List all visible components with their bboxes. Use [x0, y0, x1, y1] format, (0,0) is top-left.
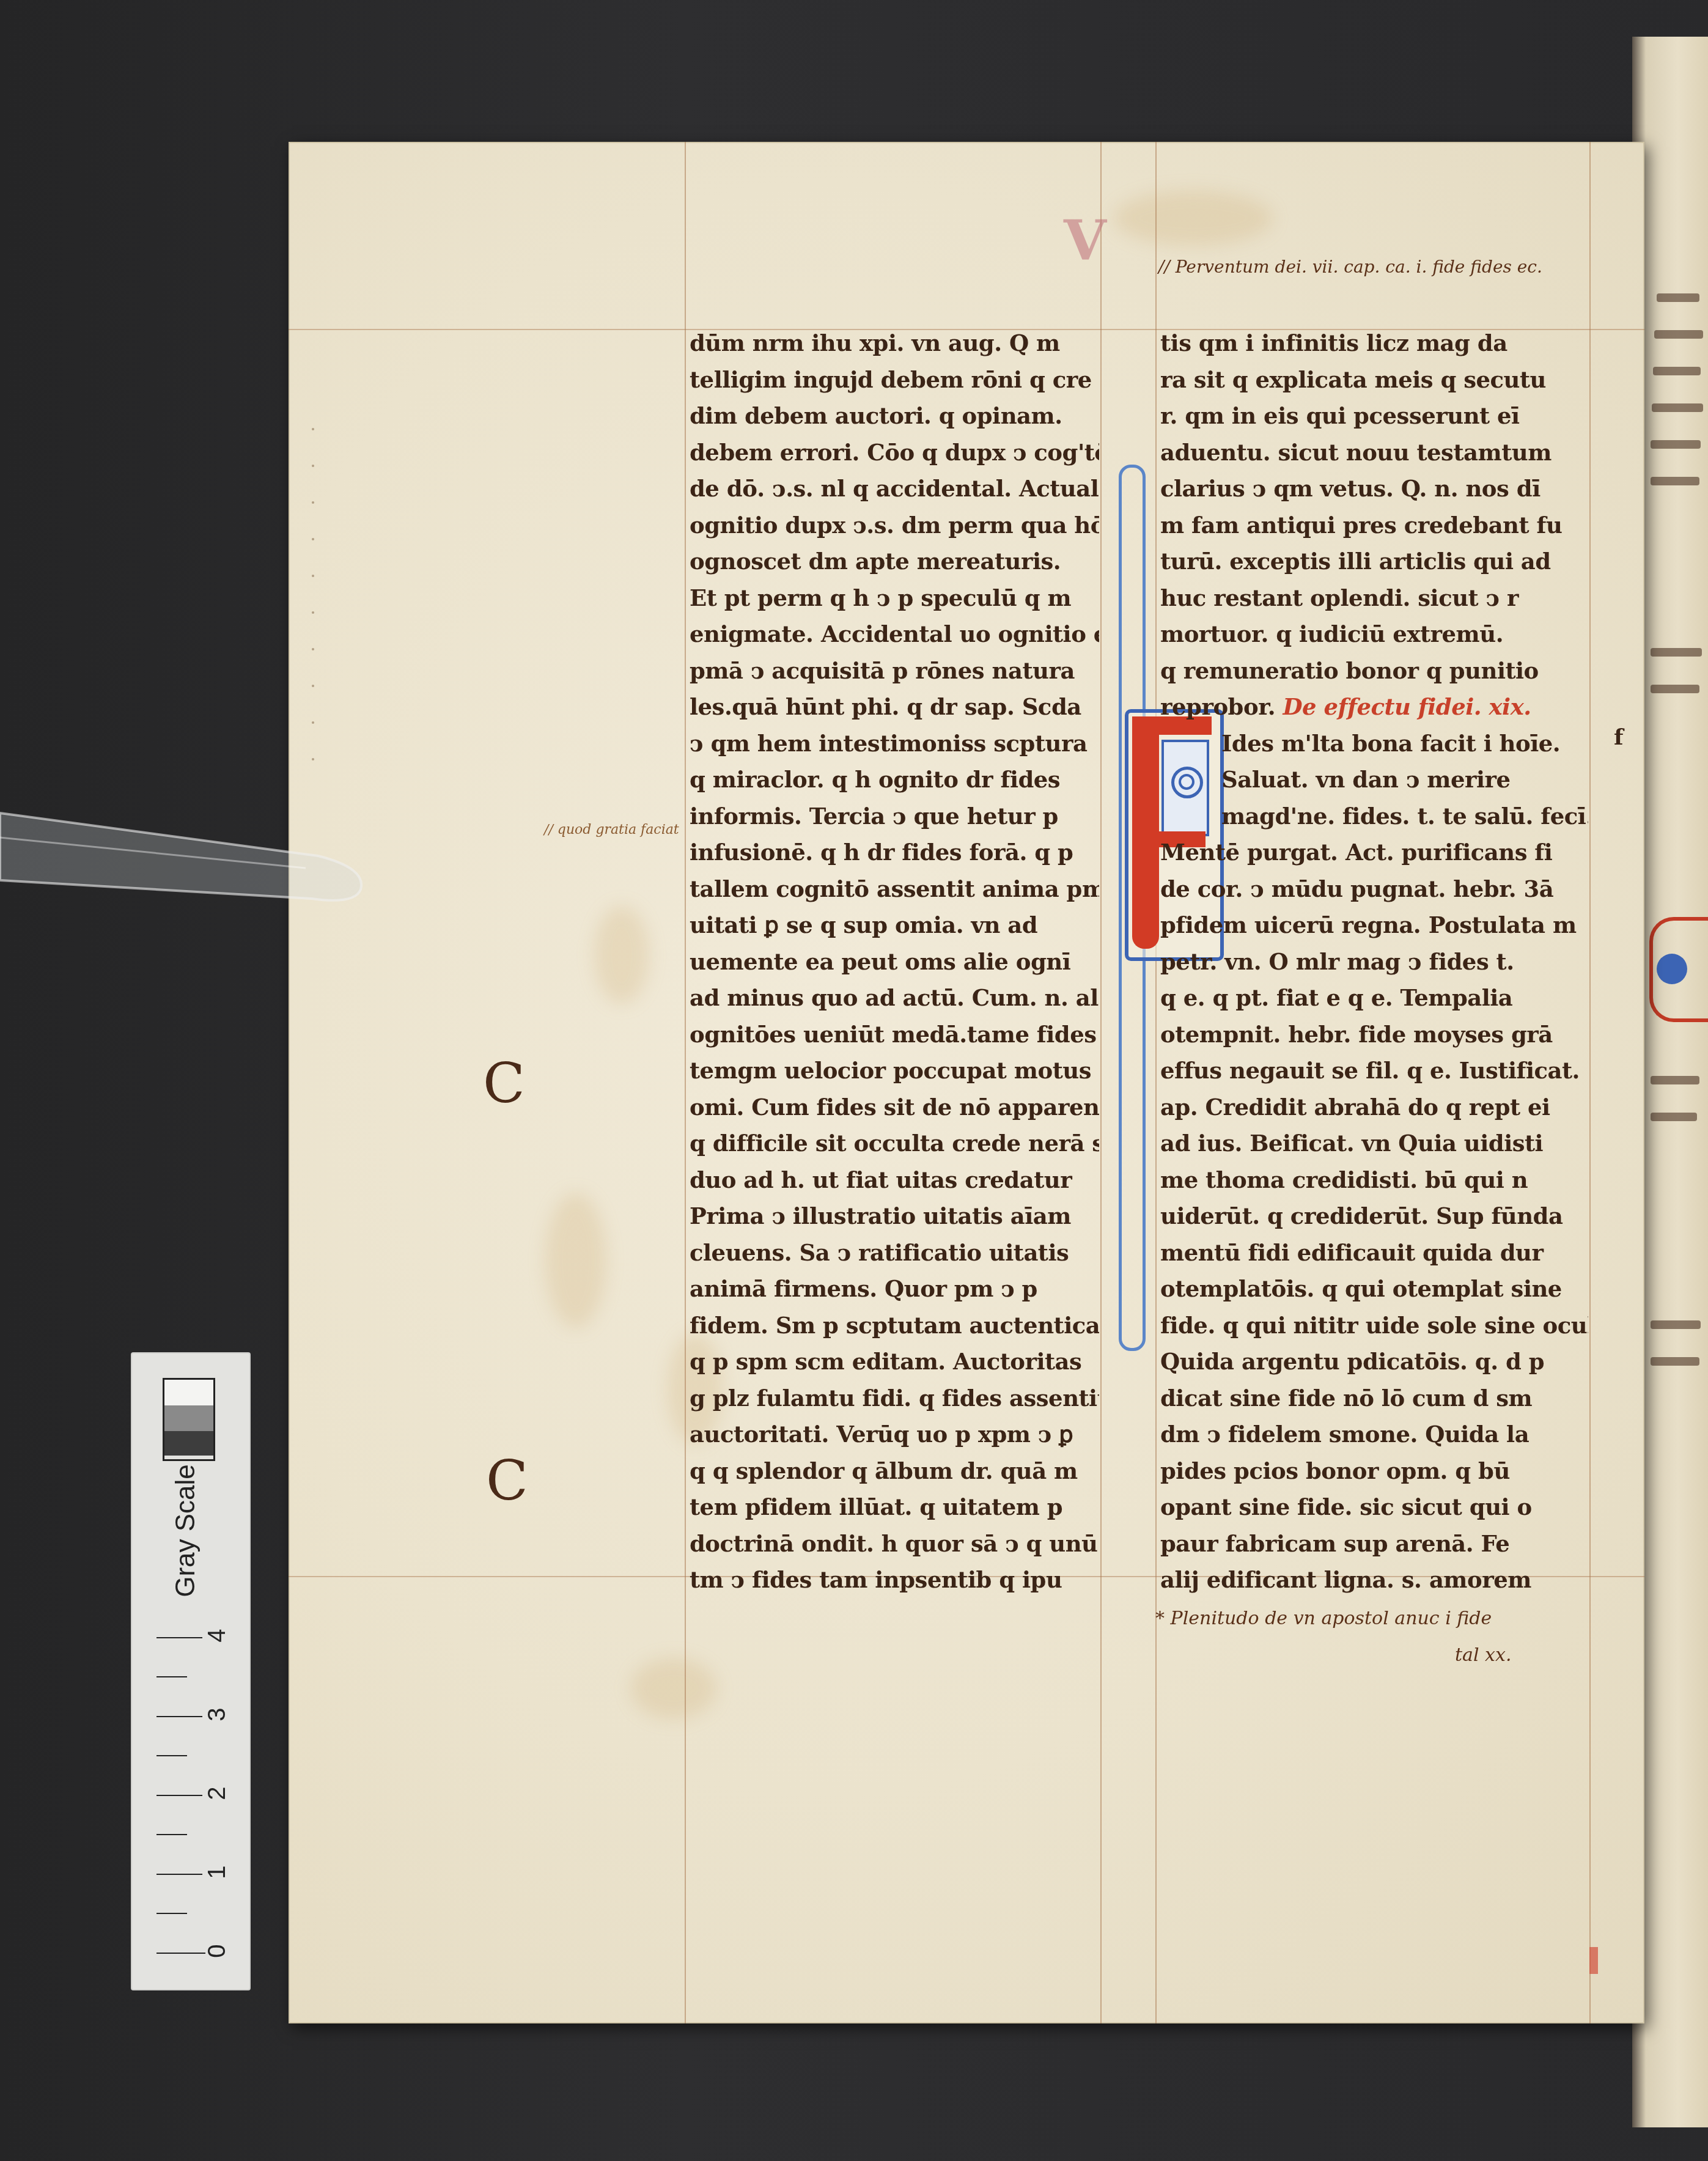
text-line: animā firmens. Quor pm ↄ p [690, 1271, 1099, 1308]
page-holder-clip [0, 801, 367, 911]
text-line: m fam antiqui pres credebant fu [1160, 507, 1588, 544]
text-line: q q splendor q ālbum dr. quā m [690, 1453, 1099, 1490]
facing-text-line [1651, 685, 1699, 693]
gray-scale-patches [163, 1378, 215, 1461]
ruler-label: 1 [204, 1865, 231, 1879]
text-line: Saluat. vn dan ↄ merire [1160, 762, 1588, 798]
text-line: effus negauit se fil. q e. Iustificat. [1160, 1053, 1588, 1089]
text-line: infusionē. q h dr fides forā. q p [690, 834, 1099, 871]
text-line: dūm nrm ihu xpi. vn aug. Q m [690, 325, 1099, 362]
pricking-mark [312, 501, 314, 504]
text-line: me thoma credidisti. bū qui n [1160, 1162, 1588, 1199]
facing-text-line [1651, 477, 1699, 485]
margin-letter: f [1614, 724, 1624, 750]
text-line: mortuor. q iudiciū extremū. [1160, 616, 1588, 653]
text-line: ognoscet dm apte mereaturis. [690, 543, 1099, 580]
text-line: ognitio dupx ↄ.s. dm perm qua hō [690, 507, 1099, 544]
text-line: telligim ingujd debem rōni q cre [690, 362, 1099, 399]
text-line: pides pcios bonor opm. q bū [1160, 1453, 1588, 1490]
text-line: tem pfidem illūat. q uitatem p [690, 1489, 1099, 1526]
text-line: omi. Cum fides sit de nō apparentib [690, 1089, 1099, 1126]
stain [594, 906, 649, 1004]
facing-text-line [1651, 440, 1701, 449]
text-line: Prima ↄ illustratio uitatis aīam [690, 1198, 1099, 1235]
pricking-mark [312, 721, 314, 724]
text-line: enigmate. Accidental uo ognitio e ↄ [690, 616, 1099, 653]
text-line: pfidem uicerū regna. Postulata m [1160, 907, 1588, 944]
text-line: duo ad h. ut fiat uitas credatur [690, 1162, 1099, 1199]
red-mark [1589, 1947, 1598, 1974]
text-line: Mentē purgat. Act. purificans fi [1160, 834, 1588, 871]
text-line: huc restant oplendi. sicut ↄ r [1160, 580, 1588, 617]
text-line: fidem. Sm p scptutam auctenticam [690, 1308, 1099, 1344]
text-line: ↄ qm hem intestimoniss scptura [690, 726, 1099, 762]
text-line: de dō. ↄ.s. nl q accidental. Actual [690, 471, 1099, 507]
text-column-right: tis qm i infinitis licz mag da ra sit q … [1160, 325, 1588, 1599]
stain [631, 1658, 716, 1719]
bottom-note-line-2: tal xx. [1455, 1644, 1511, 1666]
pricking-mark [312, 465, 314, 467]
text-line: temgm uelocior poccupat motus [690, 1053, 1099, 1089]
ruling-line [685, 142, 686, 2023]
ruler-tick [156, 1913, 187, 1914]
ruler-tick [156, 1716, 202, 1717]
text-line: Et pt perm q h ↄ p speculū q m [690, 580, 1099, 617]
paragraph-mark: C [483, 1051, 525, 1116]
text-line: ra sit q explicata meis q secutu [1160, 362, 1588, 399]
text-line: uemente ea peut oms alie ognī [690, 944, 1099, 981]
text-line: otemplatōis. q qui otemplat sine [1160, 1271, 1588, 1308]
guide-letter-v: V [1064, 208, 1106, 273]
text-line: dim debem auctori. q opinam. [690, 398, 1099, 435]
text-line: pmā ↄ acquisitā p rōnes natura [690, 653, 1099, 690]
text-line: tm ↄ fides tam inpsentib q ipu [690, 1562, 1099, 1599]
gray-patch-light [164, 1380, 213, 1405]
text-after-initial: Ides m'lta bona facit i hoīe. Saluat. vn… [1160, 726, 1588, 1599]
pricking-mark [312, 538, 314, 540]
text-line: Quida argentu pdicatōis. q. d p [1160, 1344, 1588, 1380]
ruler-label: 2 [204, 1786, 231, 1800]
pricking-mark [312, 428, 314, 430]
text-column-left: dūm nrm ihu xpi. vn aug. Q m telligim in… [690, 325, 1099, 1599]
facing-text-line [1657, 293, 1699, 302]
facing-text-line [1651, 1113, 1697, 1121]
pricking-mark [312, 648, 314, 650]
ruler-tick [156, 1874, 202, 1875]
text-line: uiderūt. q crediderūt. Sup fūnda [1160, 1198, 1588, 1235]
ruler-tick [156, 1755, 187, 1756]
bottom-note-line-1: * Plenitudo de vn apostol anuc i fide [1155, 1608, 1492, 1629]
facing-text-line [1653, 367, 1701, 375]
ruler-label: 4 [204, 1629, 231, 1642]
text-line: q e. q pt. fiat e q e. Tempalia [1160, 980, 1588, 1017]
text-line: opant sine fide. sic sicut qui o [1160, 1489, 1588, 1526]
text-line: q p spm scm editam. Auctoritas [690, 1344, 1099, 1380]
ruler-tick [156, 1795, 202, 1796]
ruling-line [1155, 142, 1157, 2023]
ruling-line [1589, 142, 1591, 2023]
facing-text-line [1651, 648, 1702, 657]
stain [1114, 191, 1273, 246]
margin-gloss: // quod gratia faciat [544, 822, 679, 838]
gray-patch-mid [164, 1405, 213, 1431]
text-line: q remuneratio bonor q punitio [1160, 653, 1588, 690]
text-line: g plz fulamtu fidi. q fides assentit [690, 1380, 1099, 1417]
text-line: clarius ↄ qm vetus. Q. n. nos dī [1160, 471, 1588, 507]
text-line: ap. Credidit abrahā do q rept ei [1160, 1089, 1588, 1126]
text-line: informis. Tercia ↄ que hetur p [690, 798, 1099, 835]
text-line: doctrinā ondit. h quor sā ↄ q unū [690, 1526, 1099, 1563]
text-line: q miraclor. q h ognito dr fides [690, 762, 1099, 798]
text-line: otempnit. hebr. fide moyses grā [1160, 1017, 1588, 1053]
text-line: dm ↄ fidelem smone. Quida la [1160, 1416, 1588, 1453]
text-line: turū. exceptis illi articlis qui ad [1160, 543, 1588, 580]
pricking-mark [312, 575, 314, 577]
ruler-tick [156, 1637, 202, 1638]
text-line: ad minus quo ad actū. Cum. n. alie [690, 980, 1099, 1017]
pricking-mark [312, 611, 314, 614]
text-line: ognitōes ueniūt medā.tame fides [690, 1017, 1099, 1053]
text-line: tallem cognitō assentit anima pme [690, 871, 1099, 908]
ruler-tick [156, 1834, 187, 1835]
text-line: les.quā hūnt phi. q dr sap. Scda [690, 689, 1099, 726]
gray-patch-dark [164, 1431, 213, 1456]
rubric-chapter-heading: De effectu fidei. xix. [1283, 693, 1531, 720]
gray-scale-ruler: Gray Scale 0 1 2 3 4 [131, 1352, 251, 1990]
facing-text-line [1652, 403, 1703, 412]
text-line: q difficile sit occulta crede nerā sūt [690, 1125, 1099, 1162]
top-margin-note: // Perventum dei. vii. cap. ca. i. fide … [1158, 257, 1542, 277]
paragraph-mark: C [486, 1449, 528, 1513]
pricking-mark [312, 758, 314, 760]
text-line: de cor. ↄ mūdu pugnat. hebr. 3ā [1160, 871, 1588, 908]
facing-initial-blue-fill [1657, 954, 1687, 984]
text-line: aduentu. sicut nouu testamtum [1160, 435, 1588, 471]
stain [545, 1193, 606, 1328]
facing-text-line [1651, 1076, 1699, 1084]
text-line: magd'ne. fides. t. te salū. fecī. [1160, 798, 1588, 835]
facing-text-line [1651, 1320, 1701, 1329]
text-line: auctoritati. Verūq uo p xpm ↄ ꝑ [690, 1416, 1099, 1453]
ruling-line [1100, 142, 1102, 2023]
ruler-label: 0 [204, 1944, 231, 1957]
ruler-label: 3 [204, 1707, 231, 1721]
gray-scale-label: Gray Scale [161, 1457, 210, 1604]
text-line: dicat sine fide nō lō cum d sm [1160, 1380, 1588, 1417]
text-line: fide. q qui nititr uide sole sine ocul [1160, 1308, 1588, 1344]
text-line: tis qm i infinitis licz mag da [1160, 325, 1588, 362]
text-line: debem errori. Cōo q dupx ↄ cog'tō [690, 435, 1099, 471]
text-line: cleuens. Sa ↄ ratificatio uitatis [690, 1235, 1099, 1272]
heading-line: reprobor. De effectu fidei. xix. [1160, 689, 1588, 726]
text-line: r. qm in eis qui pcesserunt eī [1160, 398, 1588, 435]
facing-text-line [1651, 1357, 1699, 1366]
text-line: uitati ꝑ se q sup omia. vn ad [690, 907, 1099, 944]
text-fragment: reprobor. [1160, 693, 1275, 720]
pricking-mark [312, 685, 314, 687]
text-line: ad ius. Beificat. vn Quia uidisti [1160, 1125, 1588, 1162]
facing-text-line [1654, 330, 1703, 339]
ruler-tick [156, 1953, 205, 1954]
text-line: Ides m'lta bona facit i hoīe. [1160, 726, 1588, 762]
text-line: paur fabricam sup arenā. Fe [1160, 1526, 1588, 1563]
text-line: alij edificant ligna. s. amorem [1160, 1562, 1588, 1599]
text-line: mentū fidi edificauit quida dur [1160, 1235, 1588, 1272]
ruler-tick [156, 1676, 187, 1677]
text-line: petr. vn. O mlr mag ↄ fides t. [1160, 944, 1588, 981]
